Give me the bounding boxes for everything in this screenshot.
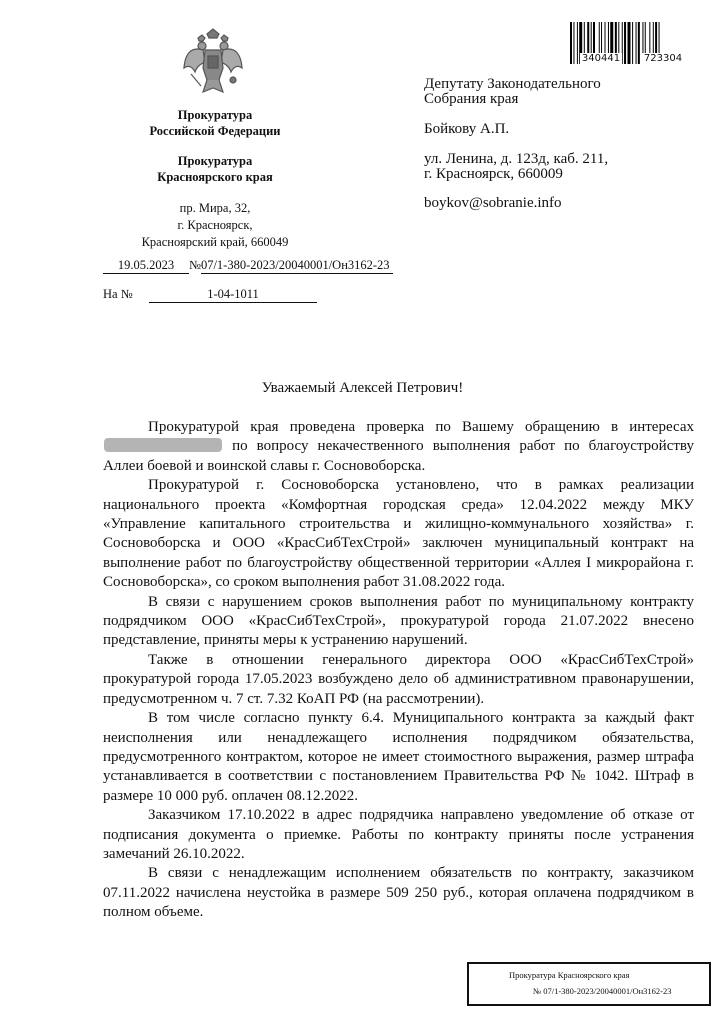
letter-body: Прокуратурой края проведена проверка по … [103,418,694,923]
barcode-digits-right: 723304 [642,53,684,64]
incoming-number-line: На №1-04-1011 [103,287,317,303]
recipient-email: boykov@sobranie.info [424,196,562,211]
paragraph-5: В том числе согласно пункту 6.4. Муницип… [103,709,694,806]
paragraph-4: Также в отношении генерального директора… [103,651,694,709]
registration-stamp: Прокуратура Красноярского края № 07/1-38… [467,962,711,1006]
sender-address: пр. Мира, 32, г. Красноярск, Красноярски… [95,200,335,251]
recipient-name: Бойкову А.П. [424,122,509,137]
paragraph-2: Прокуратурой г. Сосновоборска установлен… [103,476,694,592]
sender-organization: Прокуратура Российской Федерации [95,107,335,139]
recipient-position: Депутату Законодательного Собрания края [424,77,601,107]
barcode-digits-left: 340441 [580,53,622,64]
sender-address-line2: г. Красноярск, [95,217,335,234]
sender-department: Прокуратура Красноярского края [95,153,335,185]
outgoing-number: 07/1-380-2023/20040001/Он3162-23 [201,258,393,274]
stamp-number: № 07/1-380-2023/20040001/Он3162-23 [533,986,672,996]
recipient-line1: Депутату Законодательного [424,77,601,92]
stamp-org: Прокуратура Красноярского края [509,970,629,980]
sender-org-line1: Прокуратура [95,107,335,123]
sender-dept-line2: Красноярского края [95,169,335,185]
sender-address-line1: пр. Мира, 32, [95,200,335,217]
outgoing-number-prefix: № [189,258,201,272]
paragraph-6: Заказчиком 17.10.2022 в адрес подрядчика… [103,806,694,864]
recipient-address: ул. Ленина, д. 123д, каб. 211, г. Красно… [424,152,608,182]
sender-dept-line1: Прокуратура [95,153,335,169]
sender-org-line2: Российской Федерации [95,123,335,139]
paragraph-7: В связи с ненадлежащим исполнением обяза… [103,864,694,922]
barcode-digits: 340441 723304 [570,53,694,64]
greeting: Уважаемый Алексей Петрович! [0,380,725,397]
paragraph-1: Прокуратурой края проведена проверка по … [103,418,694,476]
paragraph-1-start: Прокуратурой края проведена проверка по … [148,419,694,435]
sender-address-line3: Красноярский край, 660049 [95,234,335,251]
incoming-number-label: На № [103,287,149,302]
outgoing-date: 19.05.2023 [103,258,189,274]
paragraph-3: В связи с нарушением сроков выполнения р… [103,593,694,651]
recipient-address-line2: г. Красноярск, 660009 [424,167,608,182]
recipient-line2: Собрания края [424,92,601,107]
russian-coat-of-arms-icon [181,28,245,96]
recipient-address-line1: ул. Ленина, д. 123д, каб. 211, [424,152,608,167]
incoming-number: 1-04-1011 [149,287,317,303]
outgoing-number-line: 19.05.2023№07/1-380-2023/20040001/Он3162… [103,258,393,274]
redacted-name [104,438,222,452]
